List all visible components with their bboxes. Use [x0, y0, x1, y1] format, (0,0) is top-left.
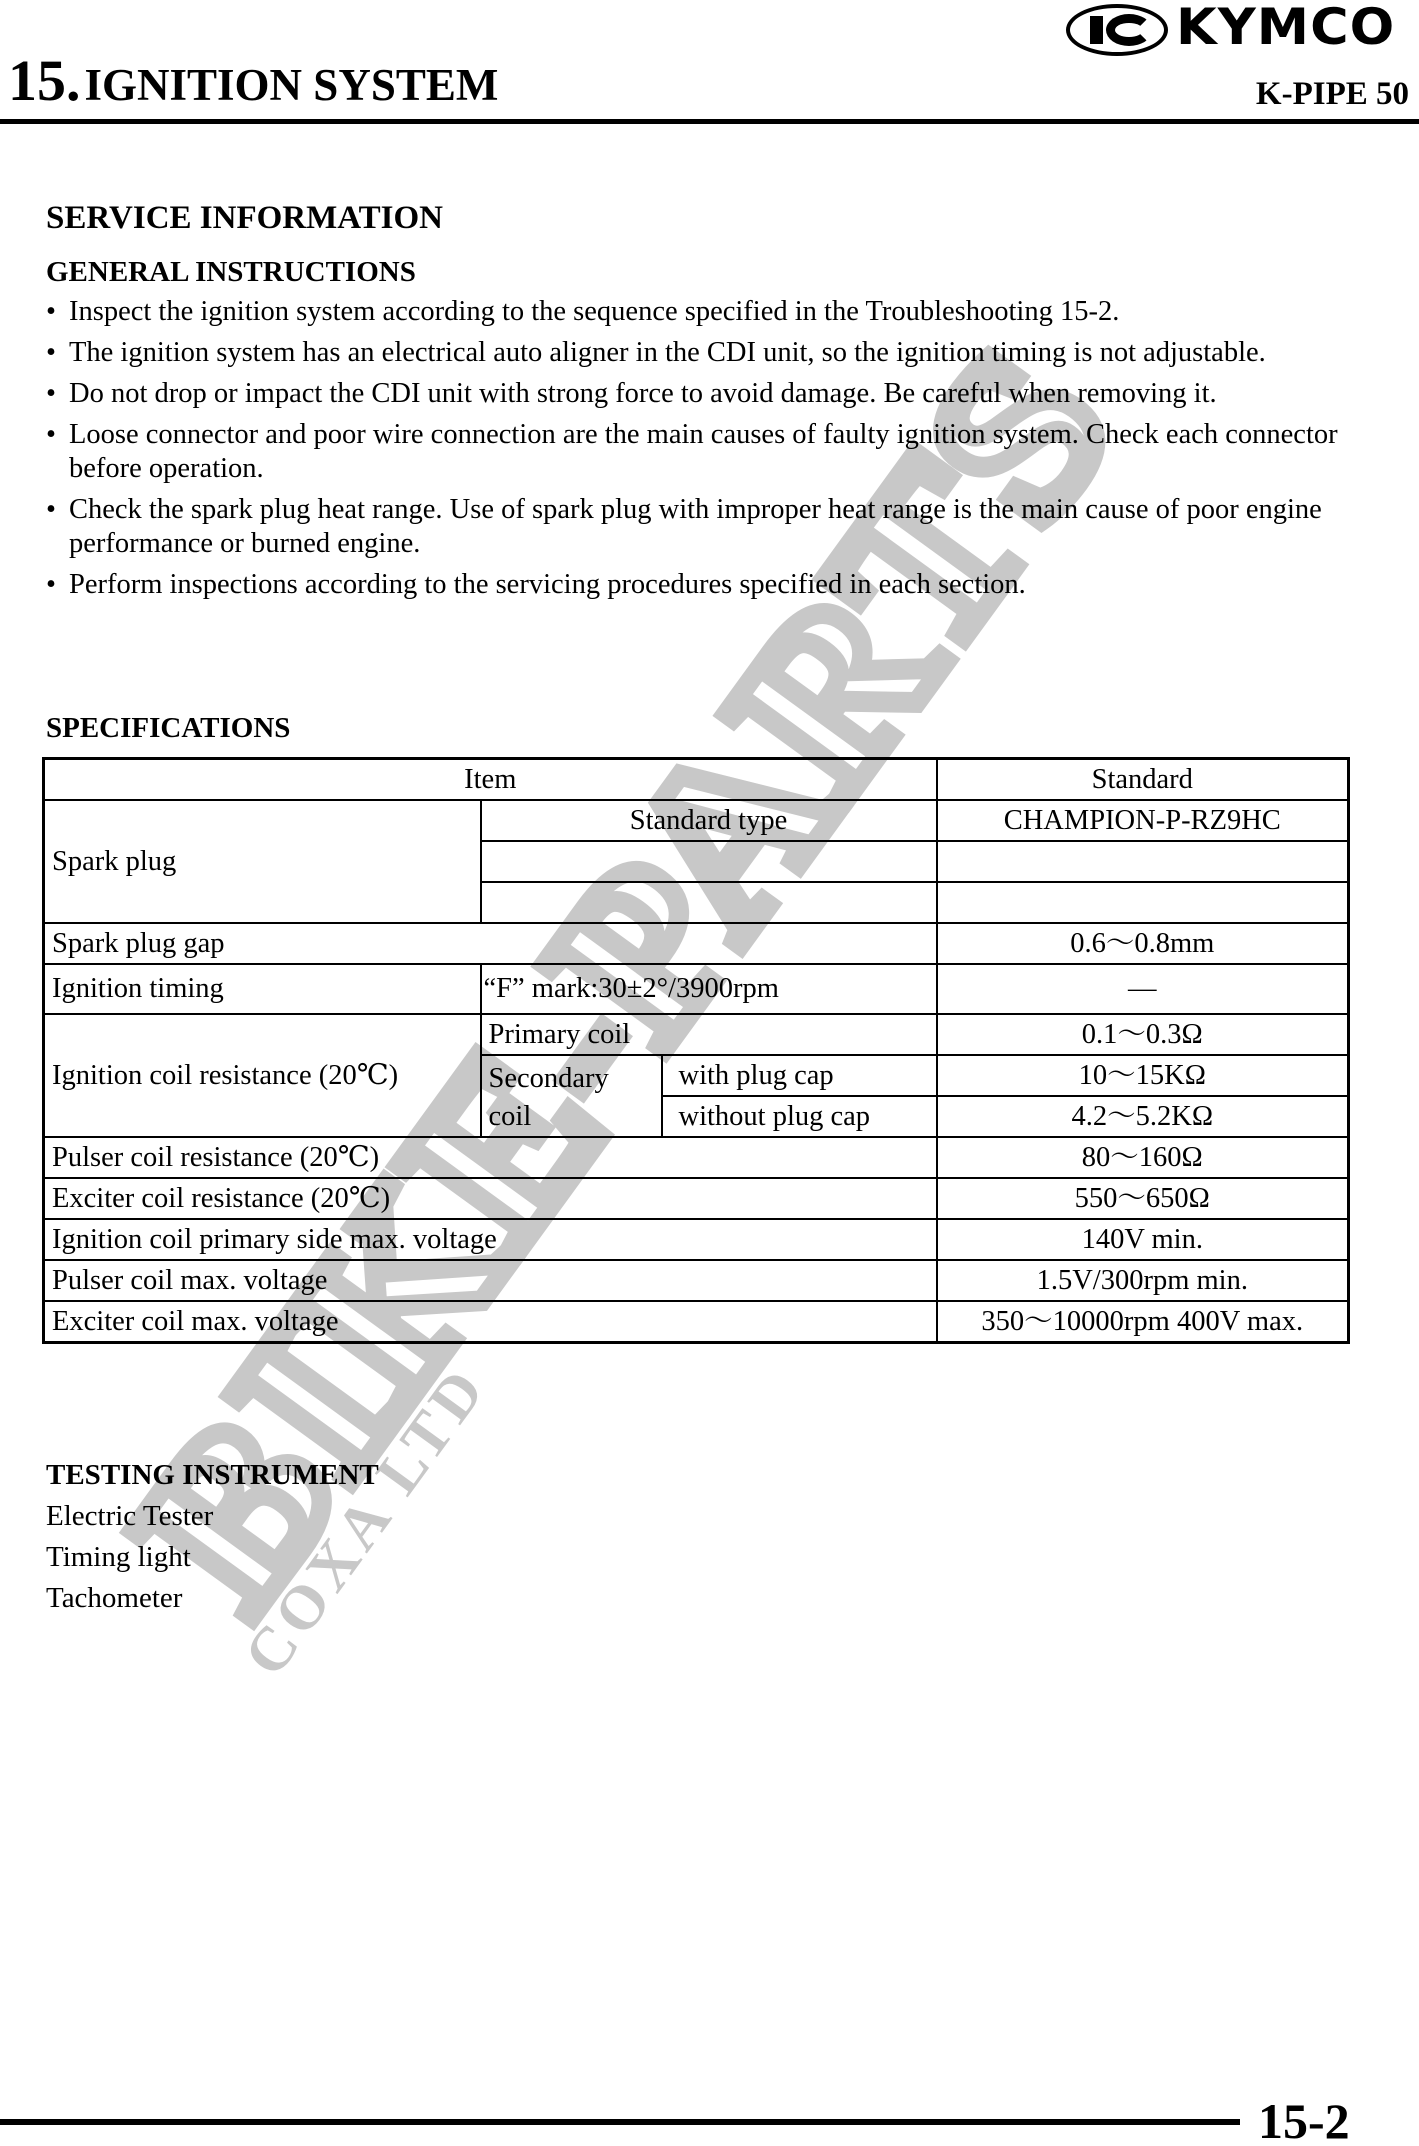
chapter-title: 15.IGNITION SYSTEM [8, 52, 498, 110]
table-row: Spark plug Standard type CHAMPION-P-RZ9H… [44, 800, 1349, 841]
spark-plug-gap-label: Spark plug gap [44, 923, 937, 964]
list-item: Timing light [46, 1537, 379, 1578]
primary-coil-label: Primary coil [481, 1014, 937, 1055]
ignition-timing-label: Ignition timing [44, 964, 481, 1014]
page-number: 15-2 [1258, 2096, 1350, 2146]
spark-plug-value: CHAMPION-P-RZ9HC [937, 800, 1349, 841]
column-header-standard: Standard [937, 759, 1349, 801]
service-information-heading: SERVICE INFORMATION [46, 202, 443, 235]
testing-instrument-section: TESTING INSTRUMENT Electric Tester Timin… [46, 1455, 379, 1619]
column-header-item: Item [44, 759, 937, 801]
list-item: Electric Tester [46, 1496, 379, 1537]
row-label: Pulser coil resistance (20℃) [44, 1137, 937, 1178]
list-item: •Inspect the ignition system according t… [46, 295, 1376, 329]
specifications-table: Item Standard Spark plug Standard type C… [42, 757, 1350, 1344]
bullet-icon: • [46, 295, 56, 329]
bullet-icon: • [46, 336, 56, 370]
specifications-heading: SPECIFICATIONS [46, 714, 290, 743]
list-item: •The ignition system has an electrical a… [46, 336, 1376, 370]
chapter-number: 15. [8, 48, 81, 113]
spark-plug-gap-value: 0.6～0.8mm [937, 923, 1349, 964]
spark-plug-type: Standard type [481, 800, 937, 841]
bullet-icon: • [46, 493, 56, 527]
spark-plug-label: Spark plug [44, 800, 481, 923]
bullet-icon: • [46, 377, 56, 411]
table-header-row: Item Standard [44, 759, 1349, 801]
row-value: 140V min. [937, 1219, 1349, 1260]
spark-plug-type [481, 841, 937, 882]
row-value: 550～650Ω [937, 1178, 1349, 1219]
list-item: •Do not drop or impact the CDI unit with… [46, 377, 1376, 411]
list-item: Tachometer [46, 1578, 379, 1619]
without-plug-cap-label: without plug cap [662, 1096, 937, 1137]
footer-divider [0, 2119, 1240, 2125]
row-label: Ignition coil primary side max. voltage [44, 1219, 937, 1260]
testing-instrument-heading: TESTING INSTRUMENT [46, 1455, 379, 1496]
chapter-name: IGNITION SYSTEM [85, 60, 499, 110]
list-item: •Loose connector and poor wire connectio… [46, 418, 1376, 486]
row-label: Pulser coil max. voltage [44, 1260, 937, 1301]
spark-plug-value [937, 841, 1349, 882]
brand-name: KYMCO [1176, 2, 1395, 52]
row-label: Exciter coil max. voltage [44, 1301, 937, 1343]
table-row: Pulser coil max. voltage 1.5V/300rpm min… [44, 1260, 1349, 1301]
table-row: Pulser coil resistance (20℃) 80～160Ω [44, 1137, 1349, 1178]
row-value: 1.5V/300rpm min. [937, 1260, 1349, 1301]
spark-plug-value [937, 882, 1349, 923]
with-plug-cap-label: with plug cap [662, 1055, 937, 1096]
spark-plug-type [481, 882, 937, 923]
table-row: Ignition coil primary side max. voltage … [44, 1219, 1349, 1260]
kymco-logo-icon [1066, 4, 1168, 56]
general-instructions-list: •Inspect the ignition system according t… [46, 295, 1376, 609]
list-item: •Perform inspections according to the se… [46, 568, 1376, 602]
table-row: Ignition coil resistance (20℃) Primary c… [44, 1014, 1349, 1055]
bullet-icon: • [46, 568, 56, 602]
with-plug-cap-value: 10～15KΩ [937, 1055, 1349, 1096]
table-row: Spark plug gap 0.6～0.8mm [44, 923, 1349, 964]
primary-coil-value: 0.1～0.3Ω [937, 1014, 1349, 1055]
secondary-coil-label: Secondary coil [481, 1055, 662, 1137]
list-item: •Check the spark plug heat range. Use of… [46, 493, 1376, 561]
table-row: Exciter coil max. voltage 350～10000rpm 4… [44, 1301, 1349, 1343]
kymco-logo: KYMCO [1066, 4, 1412, 58]
model-name: K-PIPE 50 [1256, 78, 1409, 111]
without-plug-cap-value: 4.2～5.2KΩ [937, 1096, 1349, 1137]
table-row: Ignition timing “F” mark:30±2°/3900rpm — [44, 964, 1349, 1014]
table-row: Exciter coil resistance (20℃) 550～650Ω [44, 1178, 1349, 1219]
row-value: 80～160Ω [937, 1137, 1349, 1178]
bullet-icon: • [46, 418, 56, 452]
ignition-timing-detail: “F” mark:30±2°/3900rpm [481, 964, 937, 1014]
general-instructions-heading: GENERAL INSTRUCTIONS [46, 258, 416, 287]
row-value: 350～10000rpm 400V max. [937, 1301, 1349, 1343]
row-label: Exciter coil resistance (20℃) [44, 1178, 937, 1219]
header-divider [0, 119, 1419, 124]
ignition-timing-value: — [937, 964, 1349, 1014]
ignition-coil-resistance-label: Ignition coil resistance (20℃) [44, 1014, 481, 1137]
